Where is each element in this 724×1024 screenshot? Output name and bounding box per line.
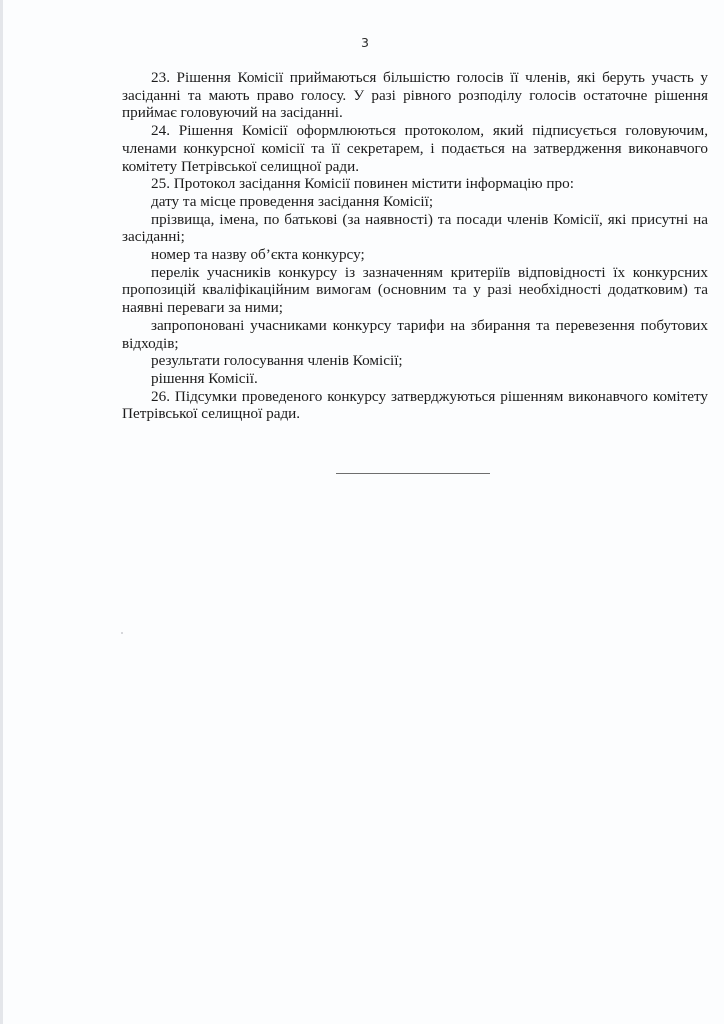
document-page: 3 23. Рішення Комісії приймаються більші… bbox=[0, 0, 724, 1024]
list-item-participants: перелік учасників конкурсу із зазначення… bbox=[122, 264, 708, 317]
page-number: 3 bbox=[3, 35, 724, 50]
paragraph-26: 26. Підсумки проведеного конкурсу затвер… bbox=[122, 388, 708, 423]
list-item-date-place: дату та місце проведення засідання Коміс… bbox=[122, 193, 708, 211]
list-item-decision: рішення Комісії. bbox=[122, 370, 708, 388]
end-separator-line bbox=[336, 473, 490, 474]
list-item-members-present: прізвища, імена, по батькові (за наявнос… bbox=[122, 211, 708, 246]
paragraph-23: 23. Рішення Комісії приймаються більшіст… bbox=[122, 69, 708, 122]
list-item-object-number: номер та назву об’єкта конкурсу; bbox=[122, 246, 708, 264]
list-item-tariffs: запропоновані учасниками конкурсу тарифи… bbox=[122, 317, 708, 352]
scan-speck bbox=[121, 632, 123, 634]
paragraph-24: 24. Рішення Комісії оформлюються протоко… bbox=[122, 122, 708, 175]
document-body: 23. Рішення Комісії приймаються більшіст… bbox=[122, 69, 708, 423]
paragraph-25-intro: 25. Протокол засідання Комісії повинен м… bbox=[122, 175, 708, 193]
list-item-voting-results: результати голосування членів Комісії; bbox=[122, 352, 708, 370]
